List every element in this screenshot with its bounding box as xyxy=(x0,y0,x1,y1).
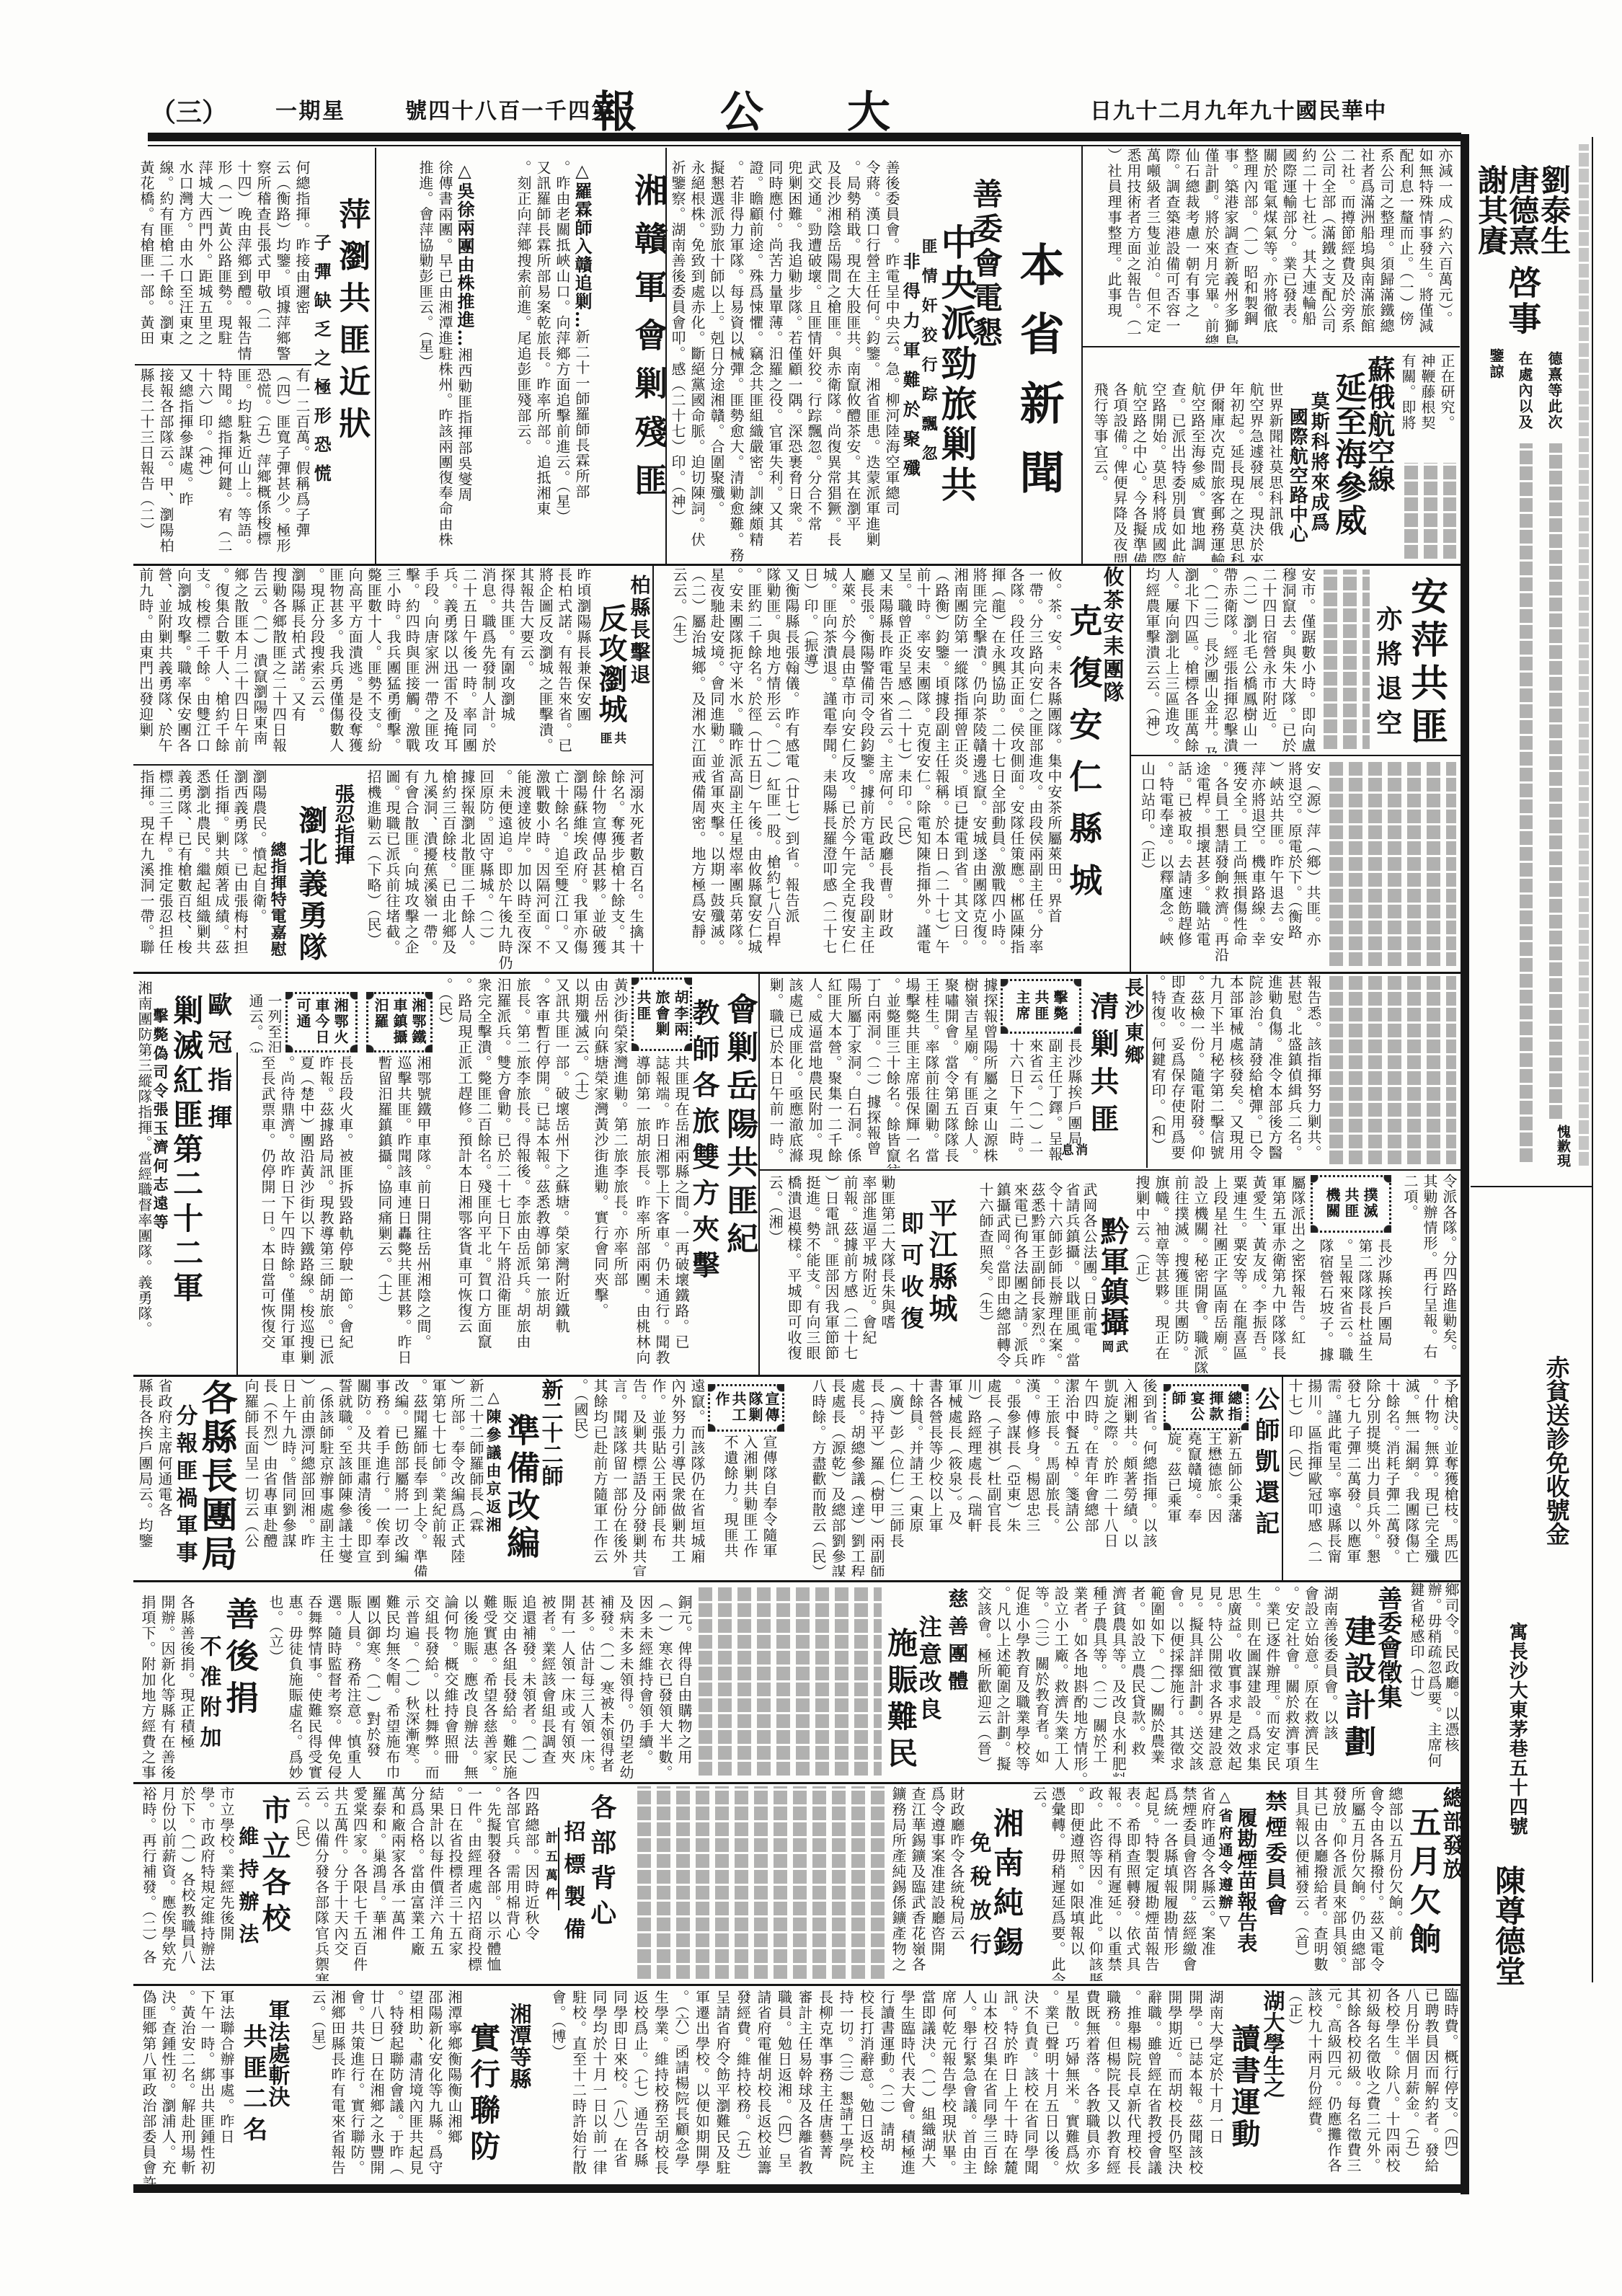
rule xyxy=(758,1169,1461,1171)
column-rule xyxy=(1282,1377,1283,1580)
headline-vests: 招標製備 xyxy=(561,1820,584,1950)
headline-anren: 克復安仁縣城 xyxy=(1066,603,1101,915)
article-body-vests: 四路總部。因時近秋令 各部官兵。需用棉背心 。先擬製發各部。以示體恤 一件。由經… xyxy=(292,1786,541,1981)
headline-county-heads: 分報匪禍軍事 xyxy=(173,1404,196,1569)
headline-county-heads: 各縣長團局 xyxy=(198,1379,236,1574)
box-heading-text: 湘鄂火車今日可通 xyxy=(293,998,350,1047)
headline-ouguan: 歐冠指揮 xyxy=(204,992,230,1142)
headline-div22: 準備改編 xyxy=(504,1413,539,1563)
clinic-ad-name: 陳尊德堂 xyxy=(1492,1865,1524,1986)
headline-yueyang: 教師各旅雙方夾擊 xyxy=(689,998,718,1287)
article-body-back-pay: 總部以五月份欠餉。前 會令由各縣撥付。茲又電令 所屬五月份欠餉。仍由總部 發放。… xyxy=(1290,1786,1404,1981)
article-body-destroy-org: 屬隊派出之密探報告。紅 軍第五軍赤衛第九中隊隊長 黃愛生、黃友成。李振吾。 粟連… xyxy=(1130,1175,1307,1373)
article-body-yueyang: 共匪現在岳湘兩縣之間。一再破壞鐵路。已 誌報端。昨日湘鄂上下客車。仍未通行。聞教… xyxy=(631,1055,691,1373)
headline-vests: 各部背心 xyxy=(588,1794,615,1935)
column-rule xyxy=(236,1052,238,1375)
article-body-rail-service: 長岳段火車。被匪拆毀路軌停駛一節。會紀 昨報。茲據路局訊。現教導第三師胡旅。已派… xyxy=(254,1055,355,1373)
article-body-fragment: 令派各隊。分四路進勦矣。 其勦辦情形。再行呈報。右 二項。 xyxy=(1402,1174,1458,1372)
tier-rule xyxy=(133,564,1461,566)
headline-pingjiang: 平江縣城 xyxy=(926,1198,956,1325)
ornament-box-heading: 宣傳隊剿共工作 xyxy=(708,1384,784,1432)
column-rule xyxy=(1130,566,1131,972)
box-heading-text: 撲滅共匪機關 xyxy=(1323,1187,1379,1220)
illegible-print xyxy=(1326,975,1456,1166)
headline-anping: 亦將退空 xyxy=(1373,606,1401,744)
notice-text-line: 德熹等此次 xyxy=(1546,351,1561,430)
headline-anren: 攸茶安耒團隊 xyxy=(1102,566,1123,704)
illegible-print xyxy=(1517,443,1533,1164)
headline-back-pay: 五月欠餉 xyxy=(1405,1806,1438,1962)
tier-rule xyxy=(133,972,1461,974)
article-body-rail-guard: 湘鄂號鐵甲車隊。前日開往岳州湘陰之間。 巡擊共匪。昨聞該車連日轟斃共匪甚夥。昨日… xyxy=(371,1055,433,1373)
bottom-rule xyxy=(133,2184,1469,2193)
headline-note: 計五萬件 xyxy=(543,1831,556,1906)
margin-notice-strip xyxy=(1576,144,1589,1168)
article-body-zhangren: 瀏陽農民。憤起自衛。 瀏西義勇隊。已由張梅村担 任指揮。剿共頗著成績。茲 悉瀏北… xyxy=(135,769,268,970)
article-body-hunan-univ: 湖南大學定於十月一日 開學。已誌本報。茲聞該校 開學期近。而胡校長仍堅決 辭職。… xyxy=(544,1990,1226,2184)
headline-pingjiang: 即可收復 xyxy=(898,1211,923,1338)
box-heading-text: 擊斃共匪主席 xyxy=(1013,990,1069,1023)
article-body-liucheng: 昨頃瀏陽縣長兼保安團 長柏式諾。有報告來省。已 將企圖反攻瀏城之匪擊潰。 其報告… xyxy=(135,567,593,761)
subheadline: 匪情奸狡行踪飄忽 xyxy=(920,238,936,474)
notice-text-line: 鑒諒 xyxy=(1488,348,1503,380)
column-rule xyxy=(375,148,376,564)
article-body-changsha-east: 據探報曾陽所屬之東山源株 樹嶺吉星廟。有匪百餘人。 聚嘯開會。當令第五隊隊長 王… xyxy=(761,978,999,1169)
masthead-title: 大公報 xyxy=(593,91,974,134)
headline-liucheng: 柏縣長擊退 xyxy=(629,575,650,686)
illegible-print xyxy=(1401,463,1456,561)
heavy-column-rule xyxy=(1461,134,1469,2194)
article-body-xiangtan: 湘潭寧鄉衡陽衡山湘鄉 邵陽新化安化等九縣。爲守 望相助、肅清境內匪共起見 。特發… xyxy=(306,1990,464,2184)
article-body-changsha-east: 長沙縣挨戶團局 副主任丁鐸。呈報 來省云。（一）二 十六日下午二時。 xyxy=(1006,1038,1083,1168)
article-body-tin: 財政廳昨令各統稅局云 爲令遵事案准建設廳咨開 查江華錫鑛及臨武香花嶺各 鑛務局所… xyxy=(888,1786,966,1981)
headline-anping: 安萍共匪 xyxy=(1406,577,1445,750)
article-body-destroy-org: 長沙縣挨戶團局 第二隊隊長杜益生 。呈報來省云。職 隊宿營石坡子。據 xyxy=(1308,1238,1393,1373)
article-body-court-martial: 軍法聯合辦事處。昨日 下午一時。綁出共匪鍾性初 。黃治安二名。解赴刑場斬 決。查… xyxy=(135,1990,236,2184)
issue-number: 第四千一百八十四號 xyxy=(405,101,615,123)
subheadline: △省府通令遵辦▽ xyxy=(1217,1788,1232,1932)
article-body-ouguan: 湘南團防第三縱隊指揮。當經職督率團隊。義勇隊。 xyxy=(135,980,154,1373)
subheadline: 總指揮特電嘉慰 xyxy=(269,841,285,957)
section-title: 本省新聞 xyxy=(1015,241,1062,518)
ornament-box-heading: 胡李兩旅會剿共匪 xyxy=(631,978,692,1051)
article-body-xianggan: △羅霖師入贛追剿…新二十一師羅師長霖所部 。昨由老關抵峽山口。向萍鄉方面追擊前進… xyxy=(378,160,631,562)
notice-title: 啓事 xyxy=(1505,265,1540,337)
illegible-print xyxy=(696,1586,882,1778)
headline-soviet-air: 蘇俄航空線 xyxy=(1365,355,1393,492)
tier-rule xyxy=(133,1984,1461,1986)
article-body-county-heads-end: 鄉司令。民政廳。以憑核 辦。毋稍疏忽爲要。主席何 鍵省秘感印（廿） xyxy=(1407,1582,1460,1778)
article-body-div22: 新二十二師羅師長（霖 ）所部。奉令改編爲正式陸 軍第七十七師。業紀前報 。茲聞羅… xyxy=(241,1378,485,1577)
article-body-ouguan-end: 予槍決。並奪獲槍枝。馬匹 。什物。無算。現已完全殲 滅。無一漏網。我團隊傷亡 十… xyxy=(1285,1378,1460,1574)
headline-zhangren: 張忍指揮 xyxy=(333,784,354,864)
illegible-print xyxy=(634,1786,885,1981)
headline-changsha-east: 清剿共匪 xyxy=(1087,991,1117,1141)
headline-ouguan: 剿滅紅匪第二十二軍 xyxy=(170,995,202,1306)
headline-city-schools: 維持辦法 xyxy=(237,1826,258,1956)
ornament-box-heading: 湘鄂火車今日可通 xyxy=(285,992,358,1052)
headline-city-schools: 市立各校 xyxy=(259,1795,289,1939)
tier-rule xyxy=(133,1782,1461,1784)
article-body-mantetsu: 亦減一成（約六百萬元）。 如無特殊情事發生。將僅減 配利息一釐而止。（一）傍 系… xyxy=(1089,148,1454,344)
article-body-opium: 省府昨通令各縣云。案准 禁煙委員會咨開。茲經繳會 爲統一各縣填報履勘情形 起見。… xyxy=(1031,1786,1217,1981)
headline-zhangren: 瀏北義勇隊 xyxy=(296,805,326,964)
margin-rule xyxy=(1592,137,1593,1982)
column-rule xyxy=(652,566,654,972)
notice-text-tail: 愧歉現 xyxy=(1555,1125,1569,1168)
headline-tag: 武 岡 xyxy=(1099,1340,1127,1352)
rule xyxy=(1130,755,1461,756)
notice-text-line: 在處內以及 xyxy=(1517,351,1532,430)
article-body-yueyang: 黃沙街榮家灣進勦。第二旅李旅長。亦率所部 由岳州向蘇塘榮家灣黃沙街進勦。實行會同… xyxy=(429,978,629,1373)
article-body-levy: 各縣善後捐。現正積極 開辦。因新化等縣有在善後 捐項下。附加地方經費之事 xyxy=(135,1595,196,1778)
headline-court-martial: 共匪二名 xyxy=(239,2024,265,2147)
headline-pingliu: 萍瀏共匪近狀 xyxy=(334,198,368,448)
column-rule xyxy=(758,972,760,1375)
headline-construction: 建設計劃 xyxy=(1340,1615,1373,1762)
ad-divider xyxy=(1471,1186,1593,1187)
article-body-soviet-air: 世界新聞社莫思科訊俄 航空界急遽發展。現決於來 年初起。延長現在之莫思科 伊爾庫… xyxy=(1086,382,1285,562)
headline-gongshi: 公師凱還記 xyxy=(1251,1386,1277,1541)
illegible-print xyxy=(1546,443,1562,1121)
subheadline-soviet-air: 國際航空路中心 xyxy=(1287,407,1306,544)
headline-xiangtan: 實行聯防 xyxy=(467,2022,499,2166)
article-body-construction: 湖南善後委員會。以該 會設立始意。原在救濟民生 。安定社會。關於救濟事項 。業已… xyxy=(973,1586,1339,1777)
article-body-propaganda: 遠竄。而該隊仍在省垣城廂 內外努力引導民衆做剿共工 作。並張貼公王兩師長布 告。… xyxy=(570,1378,706,1577)
newspaper-page: （三） 星期一 第四千一百八十四號 大公報 中華民國十九年九月二十九日 劉泰生 … xyxy=(0,0,1622,2296)
headline-xianggan: 湘贛軍會剿殘匪 xyxy=(631,173,666,511)
article-body-liucheng-cont: 河溺水死者數百名。生擒十 餘名。奪獲步槍十餘支。其 餘什物宣傳品甚夥。並破獲 瀏… xyxy=(360,769,645,970)
subheadline: △陳參議由京返湘 xyxy=(485,1388,501,1535)
article-body-qian-army: 武岡各公法團。日前電 省請兵鎮攝。以戢匪風。當 令十六師彭師長辦理在案。 茲悉黔… xyxy=(977,1182,1098,1373)
article-body-relief-reform: 銅元。俾得自由購物之用 （一）寒衣已發領大半數。 因多未經維持會領手續。 及病未… xyxy=(261,1595,693,1778)
article-body-reply: 報告悉。該指揮努力剿共。 甚慰。北盛鎮偵緝兵二名。 進勦負傷。准令本部後方醫 院… xyxy=(1148,975,1323,1168)
box-heading-text: 宣傳隊剿共工作 xyxy=(713,1391,779,1424)
headline-relief-reform: 施賑難民 xyxy=(885,1627,916,1774)
headline-relief-reform: 慈善團體 xyxy=(947,1588,967,1698)
illegible-print xyxy=(1326,761,1456,968)
subheadline-soviet-air: 莫斯科將來成爲 xyxy=(1308,391,1328,533)
article-body-gongshi: 後到省。何總指揮。以該 入湘剿共。頗著勞績。以 凱旋之際。於昨二十八日 午四時。… xyxy=(780,1378,1158,1577)
ornament-box-heading: 湘鄂鐵車鎮攝汨羅 xyxy=(366,992,433,1052)
ornament-box-heading: 撲滅共匪機關 xyxy=(1311,1175,1391,1233)
ornament-box-heading: 擊斃共匪主席 xyxy=(1001,979,1081,1034)
article-body-fragment: 正在研究。 神鞭藤根契 有關。即將 xyxy=(1400,353,1456,461)
headline-levy: 善後捐 xyxy=(223,1597,257,1722)
box-heading-text: 胡李兩旅會剿共匪 xyxy=(634,990,690,1039)
headline-construction: 善委會徵集 xyxy=(1374,1586,1400,1708)
notice-name-2: 唐德熹 xyxy=(1506,164,1538,255)
article-body-pingliu: 何總指揮。昨接由邇密 云（衡路）均鑒。頃據萍鄉警 察所稽查長張式甲敬（二 十四）… xyxy=(135,160,311,362)
subheadline: 子彈缺乏之極形恐慌 xyxy=(312,234,330,493)
subheadline: 非得力軍難於聚殲 xyxy=(901,252,919,489)
headline-div22: 新二十二師 xyxy=(539,1378,562,1486)
headline-changsha-east: 長沙東鄉 xyxy=(1122,978,1142,1067)
headline-hunan-univ: 讀書運動 xyxy=(1228,2024,1259,2150)
rule xyxy=(135,364,311,365)
article-body-county-heads: 省政府主席何通電各 縣長各挨戶團局云。均鑒 xyxy=(135,1378,174,1577)
article-body-propaganda: 宣傳隊自奉令隨軍 入湘剿共勦匪工作 不遺餘力。現匪共 xyxy=(710,1435,779,1575)
headline-liucheng: 反攻瀏城 xyxy=(595,603,626,724)
article-body-gongshi: 新五師公秉藩 王懋德旅。因 堯竄贛境。奉 旋。茲已乘軍 xyxy=(1162,1431,1244,1575)
article-body-city-schools: 市立學校。業經先後開 學。市政府特規定維持辦法 於下。（一）各校教職員八 月份以… xyxy=(135,1786,236,1982)
headline-back-pay: 總部發放 xyxy=(1440,1786,1463,1881)
news-item: △羅霖師入贛追剿…新二十一師羅師長霖所部 。昨由老關抵峽山口。向萍鄉方面追擊前進… xyxy=(513,160,592,562)
headline-court-martial: 軍法處斬決 xyxy=(265,1999,288,2107)
rule xyxy=(1083,346,1460,347)
headline-xiangtan: 湘潭等縣 xyxy=(507,2003,530,2089)
article-body-fragment: 一列至汨羅。 通云。（湘） xyxy=(241,993,283,1052)
notice-name-1: 劉泰生 xyxy=(1538,164,1569,255)
box-heading-text: 總指揮款宴公師 xyxy=(1169,1391,1244,1424)
article-body-liubei: 安市。僅踞數小時。即向盧 穆洞竄去。與朱大隊。已於 二十四日宿營永市附近。 （二… xyxy=(1137,567,1317,753)
article-body-anren: 攸。茶。安。耒各縣團隊。集中安茶所屬萊田。界首 一帶。分三路向安仁之匪部進攻。由… xyxy=(667,567,1063,969)
note-rule xyxy=(558,1827,559,1910)
item-headline: △吳徐兩團由株推進… xyxy=(454,160,475,347)
headline-relief-appeal: 中央派勁旅剿共 xyxy=(937,223,975,506)
page-number: （三） xyxy=(150,99,228,125)
headline-tin: 免稅放行 xyxy=(967,1831,990,1967)
headline-yueyang: 會剿岳陽共匪紀 xyxy=(722,993,755,1260)
masthead-rule xyxy=(148,133,1461,141)
article-body-relief-appeal: 善後委員會。昨電呈中央云。急。柳河陸海空軍總司 令蔣。漢口行營主任何。鈞鑒。湘省… xyxy=(667,160,901,562)
masthead-rule-thin xyxy=(148,145,1461,146)
article-body-school-fees: 臨時費。概行停支。（四） 已聘教員因而解約者。發給 八月份半個月薪金。（五） 各… xyxy=(1285,1987,1460,2186)
issue-date: 中華民國十九年九月二十九日 xyxy=(1090,101,1387,123)
article-body-anping: 安（源）萍（鄉）共匪。亦 將退空。原電於下。（衡路 ）峽站共匪。昨午退去。安 萍… xyxy=(1138,761,1321,969)
headline-soviet-air: 延至海參威 xyxy=(1331,371,1364,537)
weekday: 星期一 xyxy=(275,101,346,123)
headline-tin: 湘南純錫 xyxy=(991,1807,1022,1966)
headline-relief-reform: 注意改良 xyxy=(916,1615,941,1724)
headline-tag: 共 匪 xyxy=(597,732,625,744)
item-headline: △羅霖師入贛追剿… xyxy=(572,160,593,329)
headline-hunan-univ: 湖大學生之 xyxy=(1260,1990,1283,2098)
notice-name-3: 謝其賡 xyxy=(1475,164,1507,255)
article-body-pingjiang: 勦匪第二大隊長朱與嗜 率部進逼平城附近。會紀 前報。茲據前方感（二十七 ）日電訊… xyxy=(763,1175,897,1373)
article-body-pingliu: 有一二百萬。假稱爲子彈 （四）匪寬子彈甚少。極形 恐慌。（五）萍鄉概係梭標 匪。… xyxy=(135,368,311,562)
tier-rule xyxy=(133,1375,1461,1377)
ornament-box-heading: 總指揮款宴公師 xyxy=(1164,1384,1249,1430)
rule xyxy=(133,764,652,766)
subheadline: 擊斃偽司令張玉濟何志遠等 xyxy=(152,1008,168,1233)
headline-levy: 不准附加 xyxy=(197,1635,220,1756)
clinic-ad-address: 寓長沙大東茅巷五十四號 xyxy=(1507,1622,1526,1836)
clinic-ad-title: 赤貧送診免收號金 xyxy=(1543,1355,1569,1546)
headline-qian-army: 黔軍鎮攝 xyxy=(1097,1216,1127,1337)
illegible-print xyxy=(1321,569,1370,751)
headline-opium: 禁煙委員會 xyxy=(1262,1790,1285,1920)
box-heading-text: 湘鄂鐵車鎮攝汨羅 xyxy=(371,998,427,1047)
tier-rule xyxy=(133,1580,1461,1582)
column-rule xyxy=(1081,146,1083,564)
headline-opium: 履勘煙苗報告表 xyxy=(1236,1807,1257,1954)
news-item: △吳徐兩團由株推進…湘西勦匪指揮部吳燮周 徐傳書兩團。早已由湘潭進駐株州。昨該兩… xyxy=(415,160,474,562)
